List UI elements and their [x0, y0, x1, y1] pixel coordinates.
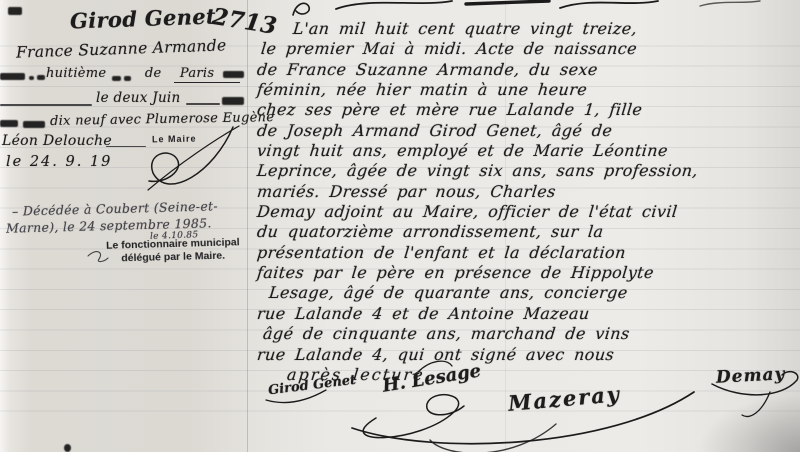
act-text-line: rue Lalande 4 et de Antoine Mazeau	[256, 304, 798, 324]
act-text-line: Lesage, âgé de quarante ans, concierge	[256, 283, 798, 303]
act-text-line: L'an mil huit cent quatre vingt treize,	[256, 19, 798, 39]
marriage-date: le deux Juin	[96, 90, 181, 106]
act-heading-name: Girod Genet	[70, 3, 217, 33]
ink-smudge	[222, 97, 244, 105]
marriage-record-date: le 24. 9. 19	[6, 154, 112, 170]
marriage-mention-row-2: le deux Juin	[96, 90, 181, 106]
top-cutoff-stroke	[700, 1, 760, 6]
margin-divider-line	[247, 0, 248, 452]
municipal-official-stamp: Le fonctionnaire municipal délégué par l…	[88, 236, 259, 265]
top-cutoff-stroke	[466, 1, 549, 4]
act-text-line: féminin, née hier matin à une heure	[256, 80, 798, 100]
mayor-stamp: Le Maire	[152, 134, 197, 145]
act-text-line: âgé de cinquante ans, marchand de vins	[256, 324, 798, 344]
act-text-line: vingt huit ans, employé et de Marie Léon…	[256, 141, 798, 161]
act-text-line: Demay adjoint au Maire, officier de l'ét…	[256, 202, 798, 222]
top-cutoff-stroke	[560, 1, 658, 8]
top-cutoff-stroke	[336, 1, 452, 9]
marriage-mention-row-1: huitième de Paris	[46, 66, 240, 81]
ink-smudge	[23, 121, 45, 128]
mazeray-signature-stroke	[430, 424, 556, 452]
ink-smudge	[29, 76, 34, 80]
ink-smudge	[223, 71, 244, 78]
act-text-line: présentation de l'enfant et la déclarati…	[256, 243, 798, 263]
ink-smudge	[112, 76, 121, 81]
ink-smudge	[0, 73, 25, 80]
signature-witness-mazeray: Mazeray	[507, 381, 622, 416]
act-text-line: rue Lalande 4, qui ont signé avec nous	[256, 345, 798, 365]
act-text-line: chez ses père et mère rue Lalande 1, fil…	[256, 100, 798, 120]
signature-officer-demay: Demay	[716, 364, 786, 388]
ink-smudge	[0, 120, 18, 127]
fill-in-rule	[0, 104, 92, 106]
ink-smudge	[8, 7, 22, 15]
demay-signature-stroke	[742, 392, 770, 416]
act-text-line: mariés. Dressé par nous, Charles	[256, 182, 798, 202]
act-text-line: faites par le père en présence de Hippol…	[256, 263, 798, 283]
fill-in-rule	[186, 103, 220, 105]
marriage-mention-row-4: Léon Delouche	[2, 133, 112, 149]
act-text-line: Leprince, âgée de vingt six ans, sans pr…	[256, 161, 798, 181]
act-text-line: le premier Mai à midi. Acte de naissance	[256, 39, 798, 59]
ink-smudge	[37, 75, 45, 80]
act-text-line: de France Suzanne Armande, du sexe	[256, 60, 798, 80]
marriage-mention-row-3: dix neuf avec Plumerose Eugène	[50, 110, 275, 129]
register-page-scan: Girod Genet 2713 France Suzanne Armande …	[0, 0, 800, 452]
lesage-signature-stroke	[363, 395, 464, 438]
top-cutoff-stroke	[293, 3, 309, 15]
act-text-line: du quatorzième arrondissement, sur la	[256, 222, 798, 242]
margin-child-name: France Suzanne Armande	[16, 36, 227, 61]
ink-smudge	[124, 76, 131, 81]
ink-dot	[64, 444, 71, 452]
birth-act-text: L'an mil huit cent quatre vingt treize, …	[257, 19, 797, 385]
marriage-spouse-name: Léon Delouche	[2, 133, 112, 149]
marriage-connector: de	[145, 66, 162, 81]
fill-in-rule	[106, 146, 146, 147]
marriage-year-spouse: dix neuf avec Plumerose Eugène	[50, 110, 275, 129]
marriage-arrondissement: huitième	[46, 66, 106, 81]
act-text-line: de Joseph Armand Girod Genet, âgé de	[256, 121, 798, 141]
